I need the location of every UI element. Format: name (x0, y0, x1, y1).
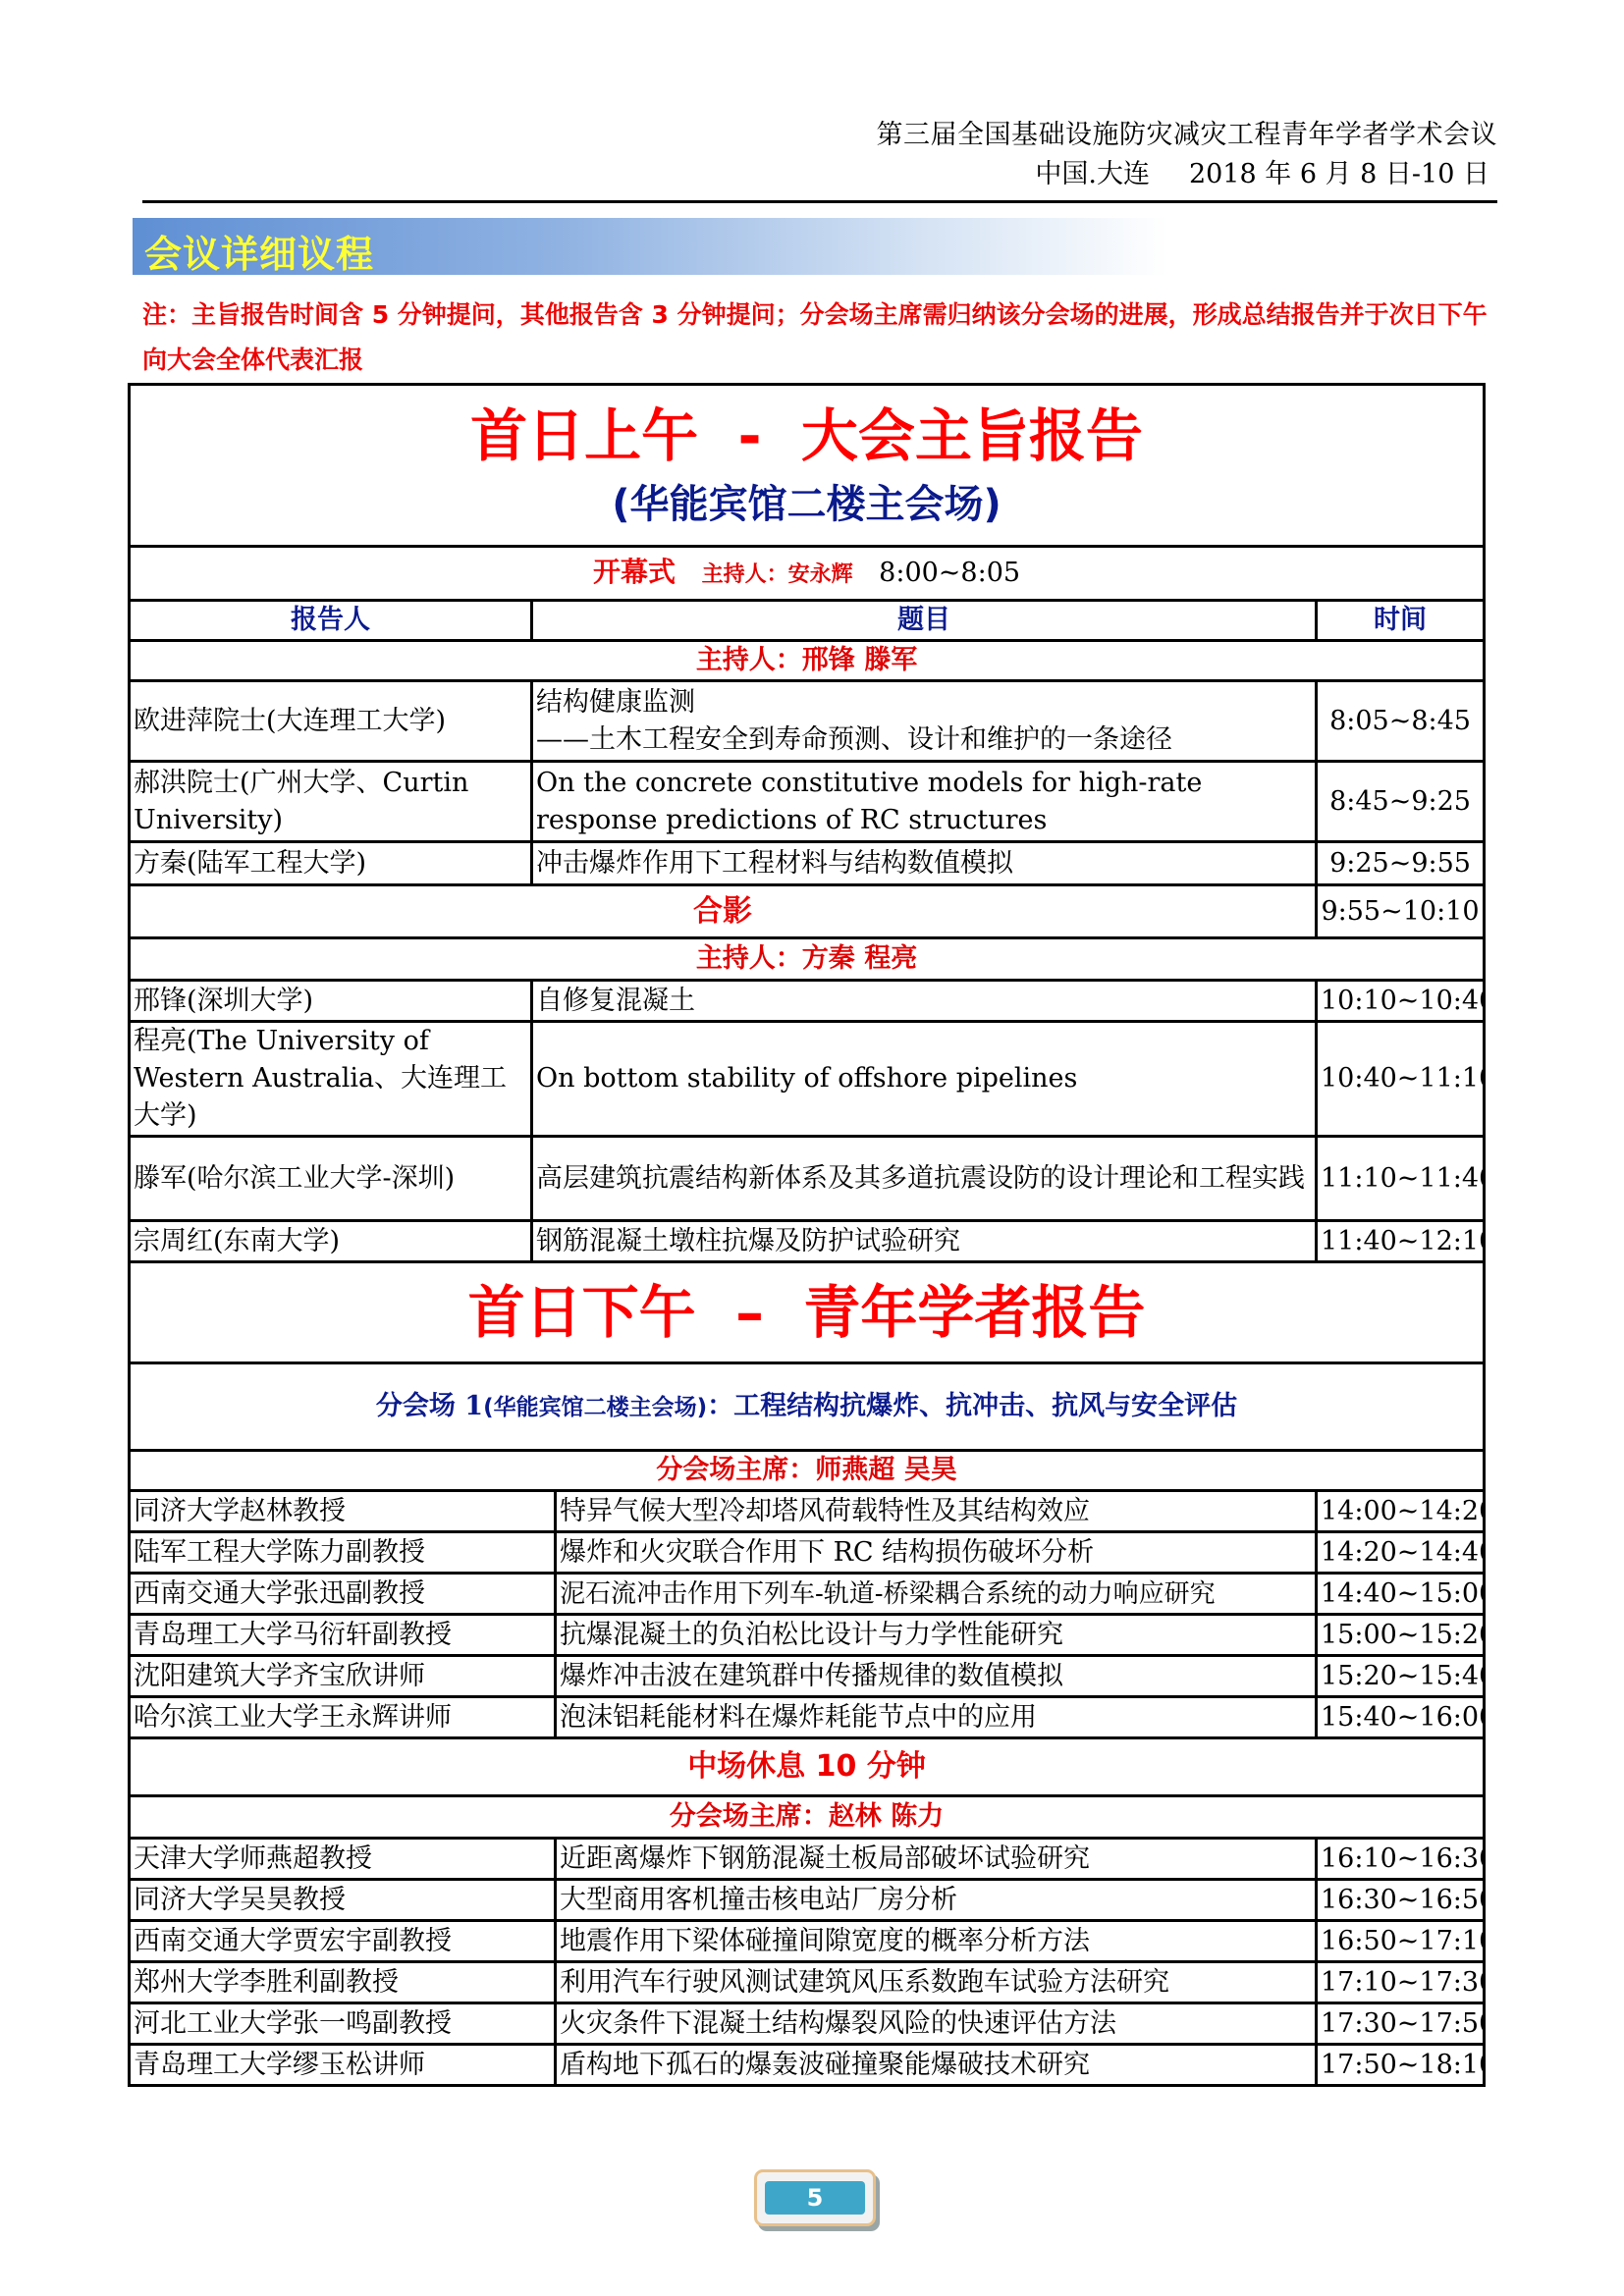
table-row: 哈尔滨工业大学王永辉讲师 泡沫铝耗能材料在爆炸耗能节点中的应用 15:40~16… (130, 1697, 1485, 1738)
talk-title: 结构健康监测 ——土木工程安全到寿命预测、设计和维护的一条途径 (532, 681, 1317, 762)
morning-venue: (华能宾馆二楼主会场) (134, 475, 1480, 534)
talk-time: 17:10~17:30 (1317, 1962, 1485, 2003)
talk-time: 15:20~15:40 (1317, 1656, 1485, 1697)
speaker: 郝洪院士(广州大学、Curtin University) (130, 762, 532, 842)
talk-title: 高层建筑抗震结构新体系及其多道抗震设防的设计理论和工程实践 (532, 1137, 1317, 1221)
speaker: 同济大学吴昊教授 (130, 1880, 556, 1921)
table-row: 陆军工程大学陈力副教授 爆炸和火灾联合作用下 RC 结构损伤破坏分析 14:20… (130, 1532, 1485, 1574)
speaker: 西南交通大学张迅副教授 (130, 1574, 556, 1615)
host-row: 主持人：方秦 程亮 (130, 938, 1485, 981)
talk-time: 8:05~8:45 (1317, 681, 1485, 762)
talk-time: 16:30~16:50 (1317, 1880, 1485, 1921)
header-divider (142, 200, 1497, 203)
table-row: 滕军(哈尔滨工业大学-深圳) 高层建筑抗震结构新体系及其多道抗震设防的设计理论和… (130, 1137, 1485, 1221)
talk-time: 14:00~14:20 (1317, 1491, 1485, 1532)
opening-row: 开幕式 主持人：安永辉 8:00~8:05 (130, 547, 1485, 601)
session-title: 分会场 1(华能宾馆二楼主会场)：工程结构抗爆炸、抗冲击、抗风与安全评估 (130, 1363, 1485, 1451)
afternoon-title: 首日下午 – 青年学者报告 (134, 1273, 1480, 1352)
talk-title: 利用汽车行驶风测试建筑风压系数跑车试验方法研究 (556, 1962, 1317, 2003)
speaker: 西南交通大学贾宏宇副教授 (130, 1921, 556, 1962)
talk-time: 11:40~12:10 (1317, 1221, 1485, 1262)
talk-time: 17:50~18:10 (1317, 2045, 1485, 2086)
table-row: 欧进萍院士(大连理工大学) 结构健康监测 ——土木工程安全到寿命预测、设计和维护… (130, 681, 1485, 762)
table-row: 河北工业大学张一鸣副教授 火灾条件下混凝土结构爆裂风险的快速评估方法 17:30… (130, 2003, 1485, 2045)
talk-title: 泡沫铝耗能材料在爆炸耗能节点中的应用 (556, 1697, 1317, 1738)
talk-time: 15:00~15:20 (1317, 1615, 1485, 1656)
talk-time: 14:20~14:40 (1317, 1532, 1485, 1574)
table-row: 程亮(The University of Western Australia、大… (130, 1022, 1485, 1137)
column-header-speaker: 报告人 (130, 601, 532, 641)
morning-title: 首日上午 - 大会主旨报告 (134, 397, 1480, 475)
talk-time: 14:40~15:00 (1317, 1574, 1485, 1615)
speaker: 哈尔滨工业大学王永辉讲师 (130, 1697, 556, 1738)
talk-title: 冲击爆炸作用下工程材料与结构数值模拟 (532, 842, 1317, 885)
conference-dates: 2018 年 6 月 8 日-10 日 (1189, 159, 1489, 189)
session-number: 1 (464, 1391, 483, 1421)
talk-title: 爆炸和火灾联合作用下 RC 结构损伤破坏分析 (556, 1532, 1317, 1574)
table-row: 郑州大学李胜利副教授 利用汽车行驶风测试建筑风压系数跑车试验方法研究 17:10… (130, 1962, 1485, 2003)
column-header-title: 题目 (532, 601, 1317, 641)
speaker: 天津大学师燕超教授 (130, 1839, 556, 1880)
photo-time: 9:55~10:10 (1317, 885, 1485, 938)
talk-title: On the concrete constitutive models for … (532, 762, 1317, 842)
page-number-badge: 5 (754, 2169, 876, 2226)
conference-location-dates: 中国.大连2018 年 6 月 8 日-10 日 (142, 155, 1497, 194)
talk-time: 15:40~16:00 (1317, 1697, 1485, 1738)
table-row: 同济大学吴昊教授 大型商用客机撞击核电站厂房分析 16:30~16:50 (130, 1880, 1485, 1921)
talk-time: 8:45~9:25 (1317, 762, 1485, 842)
talk-title: 自修复混凝土 (532, 981, 1317, 1022)
break-row: 中场休息 10 分钟 (130, 1738, 1485, 1796)
conference-location: 中国.大连 (1035, 159, 1150, 189)
agenda-table: 首日上午 - 大会主旨报告 (华能宾馆二楼主会场) 开幕式 主持人：安永辉 8:… (128, 383, 1486, 2087)
speaker: 欧进萍院士(大连理工大学) (130, 681, 532, 762)
table-row: 沈阳建筑大学齐宝欣讲师 爆炸冲击波在建筑群中传播规律的数值模拟 15:20~15… (130, 1656, 1485, 1697)
table-row: 同济大学赵林教授 特异气候大型冷却塔风荷载特性及其结构效应 14:00~14:2… (130, 1491, 1485, 1532)
morning-host-2: 主持人：方秦 程亮 (130, 938, 1485, 981)
talk-time: 17:30~17:50 (1317, 2003, 1485, 2045)
opening-host: 主持人：安永辉 (702, 562, 853, 587)
break-label: 中场休息 10 分钟 (130, 1738, 1485, 1796)
session-row: 分会场 1(华能宾馆二楼主会场)：工程结构抗爆炸、抗冲击、抗风与安全评估 (130, 1363, 1485, 1451)
session-venue: (华能宾馆二楼主会场) (483, 1395, 707, 1420)
talk-title: 地震作用下梁体碰撞间隙宽度的概率分析方法 (556, 1921, 1317, 1962)
talk-time: 16:10~16:30 (1317, 1839, 1485, 1880)
host-row: 主持人：邢锋 滕军 (130, 641, 1485, 681)
talk-title-line2: ——土木工程安全到寿命预测、设计和维护的一条途径 (536, 721, 1312, 759)
morning-host-1: 主持人：邢锋 滕军 (130, 641, 1485, 681)
opening-label: 开幕式 (593, 556, 676, 588)
speaker: 同济大学赵林教授 (130, 1491, 556, 1532)
speaker: 邢锋(深圳大学) (130, 981, 532, 1022)
table-row: 郝洪院士(广州大学、Curtin University) On the conc… (130, 762, 1485, 842)
morning-title-row: 首日上午 - 大会主旨报告 (华能宾馆二楼主会场) (130, 385, 1485, 547)
section-title: 会议详细议程 (144, 224, 374, 278)
table-row: 天津大学师燕超教授 近距离爆炸下钢筋混凝土板局部破坏试验研究 16:10~16:… (130, 1839, 1485, 1880)
table-row: 青岛理工大学缪玉松讲师 盾构地下孤石的爆轰波碰撞聚能爆破技术研究 17:50~1… (130, 2045, 1485, 2086)
conference-name: 第三届全国基础设施防灾减灾工程青年学者学术会议 (142, 116, 1497, 155)
talk-title: 近距离爆炸下钢筋混凝土板局部破坏试验研究 (556, 1839, 1317, 1880)
page-header: 第三届全国基础设施防灾减灾工程青年学者学术会议 中国.大连2018 年 6 月 … (142, 116, 1497, 194)
section-banner: 会议详细议程 (133, 218, 1350, 275)
session-chair-2: 分会场主席：赵林 陈力 (130, 1796, 1485, 1839)
speaker: 宗周红(东南大学) (130, 1221, 532, 1262)
speaker: 河北工业大学张一鸣副教授 (130, 2003, 556, 2045)
talk-title: 钢筋混凝土墩柱抗爆及防护试验研究 (532, 1221, 1317, 1262)
talk-time: 11:10~11:40 (1317, 1137, 1485, 1221)
table-row: 宗周红(东南大学) 钢筋混凝土墩柱抗爆及防护试验研究 11:40~12:10 (130, 1221, 1485, 1262)
photo-label: 合影 (130, 885, 1317, 938)
speaker: 程亮(The University of Western Australia、大… (130, 1022, 532, 1137)
column-header-time: 时间 (1317, 601, 1485, 641)
speaker: 青岛理工大学缪玉松讲师 (130, 2045, 556, 2086)
session-topic: ：工程结构抗爆炸、抗冲击、抗风与安全评估 (707, 1391, 1237, 1421)
talk-time: 9:25~9:55 (1317, 842, 1485, 885)
session-chair-1: 分会场主席：师燕超 吴昊 (130, 1451, 1485, 1491)
talk-title: 抗爆混凝土的负泊松比设计与力学性能研究 (556, 1615, 1317, 1656)
afternoon-title-row: 首日下午 – 青年学者报告 (130, 1262, 1485, 1363)
talk-time: 16:50~17:10 (1317, 1921, 1485, 1962)
page-number: 5 (765, 2181, 865, 2215)
opening-time: 8:00~8:05 (879, 558, 1020, 588)
session-prefix: 分会场 (376, 1391, 464, 1421)
speaker: 滕军(哈尔滨工业大学-深圳) (130, 1137, 532, 1221)
talk-title: 爆炸冲击波在建筑群中传播规律的数值模拟 (556, 1656, 1317, 1697)
speaker: 陆军工程大学陈力副教授 (130, 1532, 556, 1574)
talk-title: On bottom stability of offshore pipeline… (532, 1022, 1317, 1137)
talk-time: 10:10~10:40 (1317, 981, 1485, 1022)
speaker: 方秦(陆军工程大学) (130, 842, 532, 885)
speaker: 沈阳建筑大学齐宝欣讲师 (130, 1656, 556, 1697)
table-row: 青岛理工大学马衍轩副教授 抗爆混凝土的负泊松比设计与力学性能研究 15:00~1… (130, 1615, 1485, 1656)
talk-title-line1: 结构健康监测 (536, 684, 1312, 721)
photo-row: 合影 9:55~10:10 (130, 885, 1485, 938)
talk-time: 10:40~11:10 (1317, 1022, 1485, 1137)
table-row: 西南交通大学张迅副教授 泥石流冲击作用下列车-轨道-桥梁耦合系统的动力响应研究 … (130, 1574, 1485, 1615)
agenda-note: 注：主旨报告时间含 5 分钟提问，其他报告含 3 分钟提问；分会场主席需归纳该分… (142, 293, 1497, 383)
chair-row: 分会场主席：师燕超 吴昊 (130, 1451, 1485, 1491)
talk-title: 火灾条件下混凝土结构爆裂风险的快速评估方法 (556, 2003, 1317, 2045)
table-row: 方秦(陆军工程大学) 冲击爆炸作用下工程材料与结构数值模拟 9:25~9:55 (130, 842, 1485, 885)
table-row: 西南交通大学贾宏宇副教授 地震作用下梁体碰撞间隙宽度的概率分析方法 16:50~… (130, 1921, 1485, 1962)
speaker: 郑州大学李胜利副教授 (130, 1962, 556, 2003)
talk-title: 泥石流冲击作用下列车-轨道-桥梁耦合系统的动力响应研究 (556, 1574, 1317, 1615)
column-header-row: 报告人 题目 时间 (130, 601, 1485, 641)
talk-title: 特异气候大型冷却塔风荷载特性及其结构效应 (556, 1491, 1317, 1532)
chair-row: 分会场主席：赵林 陈力 (130, 1796, 1485, 1839)
talk-title: 大型商用客机撞击核电站厂房分析 (556, 1880, 1317, 1921)
table-row: 邢锋(深圳大学) 自修复混凝土 10:10~10:40 (130, 981, 1485, 1022)
talk-title: 盾构地下孤石的爆轰波碰撞聚能爆破技术研究 (556, 2045, 1317, 2086)
speaker: 青岛理工大学马衍轩副教授 (130, 1615, 556, 1656)
